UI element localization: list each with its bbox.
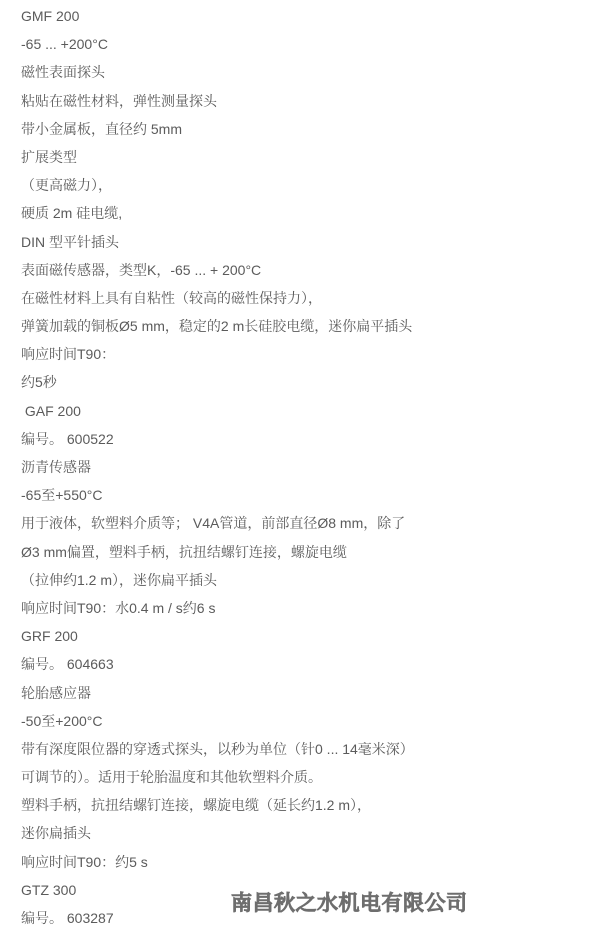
- spec-line: 磁性表面探头: [21, 58, 589, 86]
- product-model: GAF 200: [21, 397, 589, 425]
- spec-line: 塑料手柄，抗扭结螺钉连接，螺旋电缆（延长约1.2 m），: [21, 791, 589, 819]
- spec-line: 硬质 2m 硅电缆,: [21, 199, 589, 227]
- spec-line: 迷你扁插头: [21, 819, 589, 847]
- spec-line: 带小金属板，直径约 5mm: [21, 115, 589, 143]
- spec-line: 用于液体，软塑料介质等； V4A管道，前部直径Ø8 mm，除了: [21, 509, 589, 537]
- temperature-range: -65至+550°C: [21, 481, 589, 509]
- spec-line: （拉伸约1.2 m），迷你扁平插头: [21, 566, 589, 594]
- spec-line: 轮胎感应器: [21, 679, 589, 707]
- company-watermark: 南昌秋之水机电有限公司: [231, 887, 468, 917]
- spec-line: 表面磁传感器，类型K，-65 ... + 200°C: [21, 256, 589, 284]
- response-time-value: 响应时间T90：约5 s: [21, 848, 589, 876]
- spec-line: 扩展类型: [21, 143, 589, 171]
- spec-line: （更高磁力），: [21, 171, 589, 199]
- document-page: GMF 200 -65 ... +200°C 磁性表面探头 粘贴在磁性材料，弹性…: [0, 0, 607, 930]
- temperature-range: -65 ... +200°C: [21, 30, 589, 58]
- spec-line: 弹簧加载的铜板Ø5 mm，稳定的2 m长硅胶电缆，迷你扁平插头: [21, 312, 589, 340]
- spec-line: 在磁性材料上具有自粘性（较高的磁性保持力），: [21, 284, 589, 312]
- spec-line: 可调节的）。适用于轮胎温度和其他软塑料介质。: [21, 763, 589, 791]
- response-time-label: 响应时间T90：: [21, 340, 589, 368]
- spec-line: 沥青传感器: [21, 453, 589, 481]
- product-section-gaf-200: GAF 200 编号。 600522 沥青传感器 -65至+550°C 用于液体…: [21, 397, 589, 623]
- spec-line: 粘贴在磁性材料，弹性测量探头: [21, 87, 589, 115]
- spec-line: DIN 型平针插头: [21, 228, 589, 256]
- product-section-gmf-200: GMF 200 -65 ... +200°C 磁性表面探头 粘贴在磁性材料，弹性…: [21, 2, 589, 397]
- article-number: 编号。 604663: [21, 650, 589, 678]
- spec-line: 带有深度限位器的穿透式探头，以秒为单位（针0 ... 14毫米深）: [21, 735, 589, 763]
- product-spec-text: GMF 200 -65 ... +200°C 磁性表面探头 粘贴在磁性材料，弹性…: [0, 0, 607, 930]
- response-time-value: 约5秒: [21, 368, 589, 396]
- product-section-grf-200: GRF 200 编号。 604663 轮胎感应器 -50至+200°C 带有深度…: [21, 622, 589, 876]
- article-number: 编号。 600522: [21, 425, 589, 453]
- response-time-value: 响应时间T90：水0.4 m / s约6 s: [21, 594, 589, 622]
- product-model: GMF 200: [21, 2, 589, 30]
- spec-line: Ø3 mm偏置，塑料手柄，抗扭结螺钉连接，螺旋电缆: [21, 538, 589, 566]
- product-model: GRF 200: [21, 622, 589, 650]
- temperature-range: -50至+200°C: [21, 707, 589, 735]
